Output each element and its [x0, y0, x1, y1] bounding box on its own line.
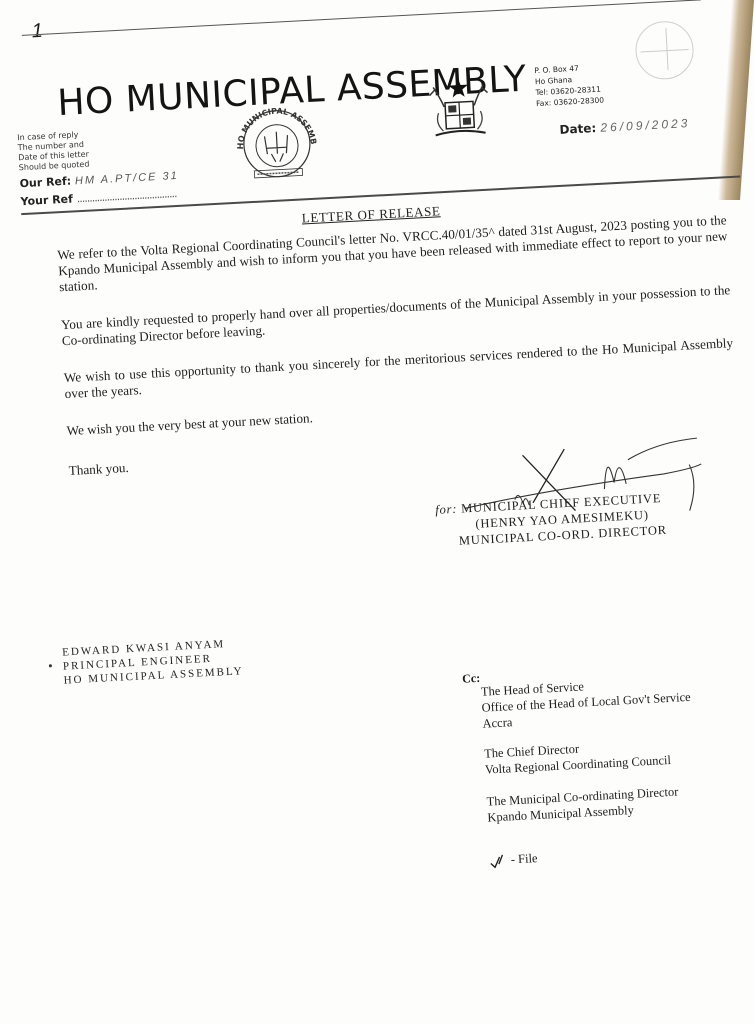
our-ref-label: Our Ref:	[19, 175, 71, 191]
contact-address: P. O. Box 47 Ho Ghana Tel: 03620-28311 F…	[534, 62, 604, 109]
checkmark-icon	[489, 854, 508, 869]
letter-page: 1 HO MUNICIPAL ASSEMBLY In case of reply…	[0, 0, 754, 1023]
page-number: 1	[31, 20, 43, 44]
paragraph-thanks: We wish to use this opportunity to thank…	[63, 335, 734, 402]
cc-recipient: The Head of Service Office of the Head o…	[480, 673, 691, 732]
letter-title: LETTER OF RELEASE	[301, 203, 440, 226]
your-ref: Your Ref ...............................…	[20, 187, 177, 208]
fax-line: Fax: 03620-28300	[536, 95, 604, 110]
cc-recipient: The Chief Director Volta Regional Coordi…	[484, 736, 672, 778]
cc-label: Cc:	[462, 671, 481, 687]
date-value: 26/09/2023	[600, 116, 691, 135]
cc-recipient: The Municipal Co-ordinating Director Kpa…	[486, 784, 679, 826]
file-label: - File	[510, 851, 537, 866]
paragraph-handover: You are kindly requested to properly han…	[61, 282, 732, 349]
top-rule	[22, 0, 701, 36]
paragraph-reference: We refer to the Volta Regional Coordinat…	[57, 212, 729, 295]
our-ref: Our Ref: HM A.PT/CE 31	[19, 169, 179, 190]
coat-of-arms-icon	[422, 70, 496, 146]
municipal-seal-icon: HO MUNICIPAL ASSEMBLY	[231, 101, 323, 182]
your-ref-value: ........................................	[76, 187, 176, 205]
file-copy-line: - File	[489, 851, 538, 869]
for-label: for:	[435, 502, 458, 517]
reply-note: In case of reply The number and Date of …	[17, 130, 90, 174]
stray-mark	[49, 664, 52, 667]
date-line: Date: 26/09/2023	[559, 116, 691, 137]
our-ref-value: HM A.PT/CE 31	[75, 170, 179, 187]
addressee-block: EDWARD KWASI ANYAM PRINCIPAL ENGINEER HO…	[62, 636, 244, 687]
your-ref-label: Your Ref	[20, 192, 73, 208]
faint-stamp-icon	[634, 20, 695, 81]
date-label: Date:	[559, 121, 596, 137]
